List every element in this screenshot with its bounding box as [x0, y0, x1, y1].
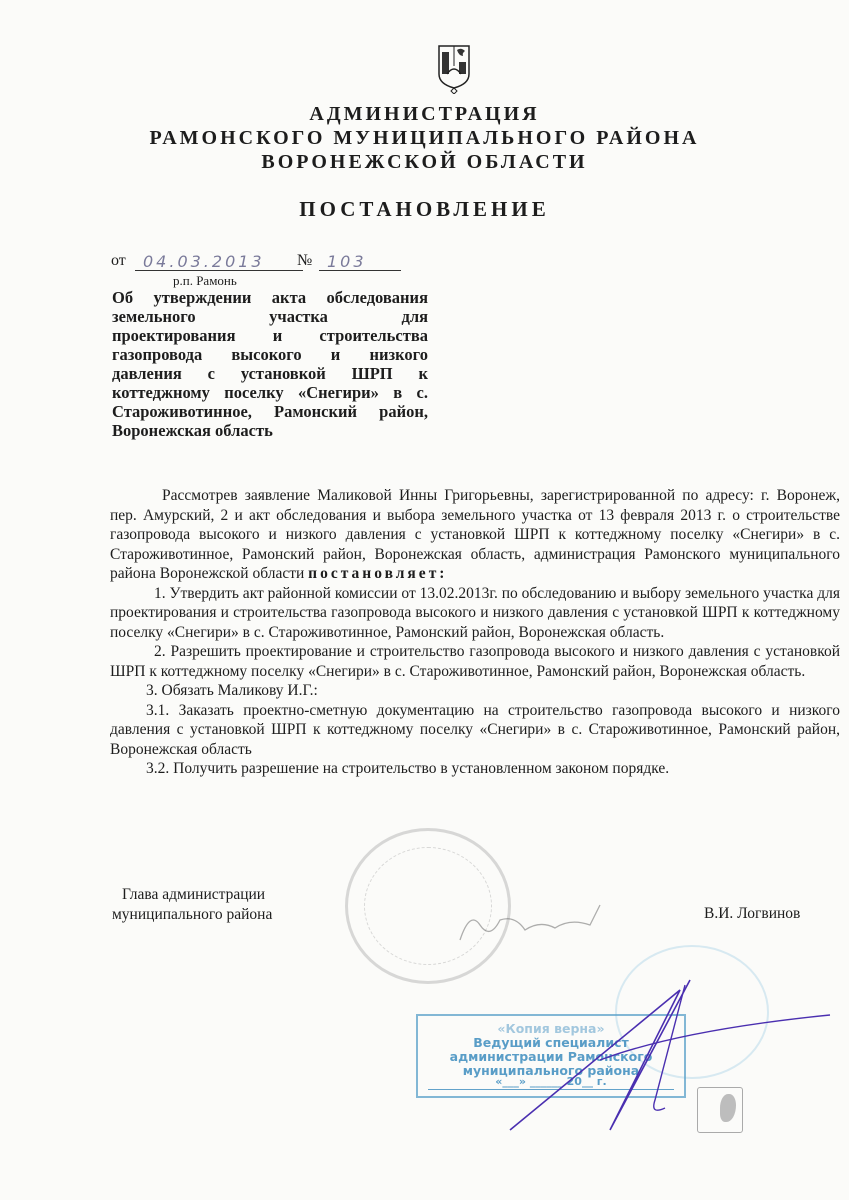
org-name-line-3: ВОРОНЕЖСКОЙ ОБЛАСТИ	[0, 150, 849, 174]
date-field: 04.03.2013	[135, 252, 303, 271]
document-title: ПОСТАНОВЛЕНИЕ	[0, 197, 849, 222]
item-3-2: 3.2. Получить разрешение на строительств…	[110, 759, 840, 779]
subject-line: Воронежская область	[112, 421, 428, 440]
subject-block: Об утверждении акта обследования земельн…	[112, 288, 428, 440]
subject-line: Об утверждении акта обследования	[112, 288, 428, 307]
position-line-1: Глава администрации	[112, 885, 272, 905]
subject-line: давления с установкой ШРП к	[112, 364, 428, 383]
certified-copy-stamp: «Копия верна» Ведущий специалист админис…	[416, 1014, 686, 1098]
preamble-text: Рассмотрев заявление Маликовой Инны Григ…	[110, 487, 840, 582]
document-body: Рассмотрев заявление Маликовой Инны Григ…	[110, 486, 840, 779]
subject-line: газопровода высокого и низкого	[112, 345, 428, 364]
scanner-mark-glyph	[720, 1094, 736, 1122]
stamp-line-1: «Копия верна»	[418, 1022, 684, 1036]
stamp-date-line: «___» ______ 20__ г.	[428, 1075, 674, 1090]
item-3: 3. Обязать Маликову И.Г.:	[110, 681, 840, 701]
position-line-2: муниципального района	[112, 905, 272, 925]
org-name-line-1: АДМИНИСТРАЦИЯ	[0, 102, 849, 126]
signatory-name: В.И. Логвинов	[704, 905, 800, 923]
coat-of-arms-icon	[437, 44, 471, 94]
subject-line: коттеджному поселку «Снегири» в с.	[112, 383, 428, 402]
seal-inner-ring	[364, 847, 492, 965]
document-page: АДМИНИСТРАЦИЯ РАМОНСКОГО МУНИЦИПАЛЬНОГО …	[0, 0, 849, 1200]
preamble-paragraph: Рассмотрев заявление Маликовой Инны Григ…	[110, 486, 840, 584]
decree-word: постановляет:	[308, 565, 447, 582]
subject-line: земельного участка для	[112, 307, 428, 326]
item-3-1: 3.1. Заказать проектно-сметную документа…	[110, 701, 840, 760]
number-field: 103	[319, 252, 401, 271]
item-2: 2. Разрешить проектирование и строительс…	[110, 642, 840, 681]
scanner-mark	[697, 1087, 743, 1133]
number-label: №	[297, 252, 312, 270]
place-of-issue: р.п. Рамонь	[173, 273, 237, 289]
subject-line: Староживотинное, Рамонский район,	[112, 402, 428, 421]
official-seal	[345, 828, 511, 984]
subject-line: проектирования и строительства	[112, 326, 428, 345]
signatory-position: Глава администрации муниципального район…	[112, 885, 272, 925]
stamp-line-2: Ведущий специалист	[418, 1036, 684, 1050]
date-label: от	[111, 252, 126, 270]
org-name-line-2: РАМОНСКОГО МУНИЦИПАЛЬНОГО РАЙОНА	[0, 126, 849, 150]
stamp-line-3: администрации Рамонского	[418, 1050, 684, 1064]
item-1: 1. Утвердить акт районной комиссии от 13…	[110, 584, 840, 643]
